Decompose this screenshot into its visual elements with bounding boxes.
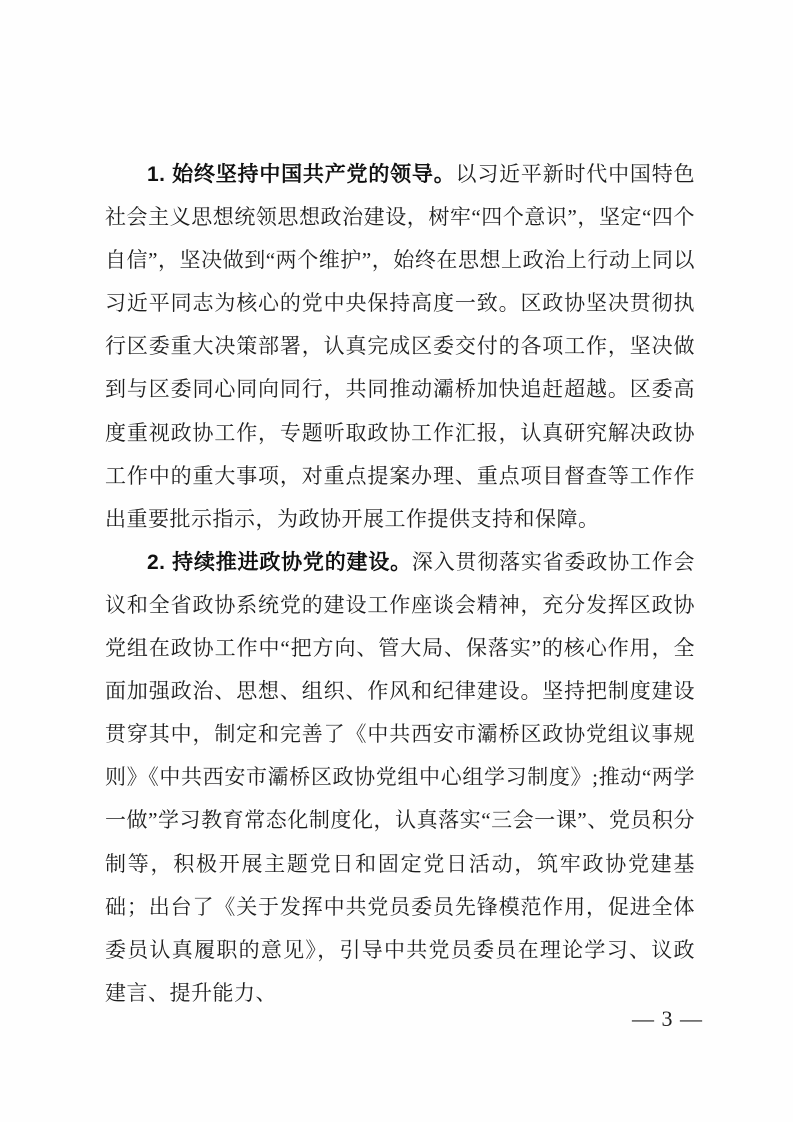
page-number: — 3 — <box>632 1004 703 1034</box>
document-body: 1. 始终坚持中国共产党的领导。以习近平新时代中国特色社会主义思想统领思想政治建… <box>105 153 695 1015</box>
paragraph-2-heading: 2. 持续推进政协党的建设。 <box>147 551 412 574</box>
paragraph-2-text: 深入贯彻落实省委政协工作会议和全省政协系统党的建设工作座谈会精神，充分发挥区政协… <box>105 550 695 1005</box>
paragraph-1-text: 以习近平新时代中国特色社会主义思想统领思想政治建设，树牢“四个意识”，坚定“四个… <box>105 162 695 531</box>
paragraph-2: 2. 持续推进政协党的建设。深入贯彻落实省委政协工作会议和全省政协系统党的建设工… <box>105 541 695 1015</box>
document-page: 1. 始终坚持中国共产党的领导。以习近平新时代中国特色社会主义思想统领思想政治建… <box>0 0 793 1122</box>
paragraph-1: 1. 始终坚持中国共产党的领导。以习近平新时代中国特色社会主义思想统领思想政治建… <box>105 153 695 541</box>
paragraph-1-heading: 1. 始终坚持中国共产党的领导。 <box>147 163 456 186</box>
